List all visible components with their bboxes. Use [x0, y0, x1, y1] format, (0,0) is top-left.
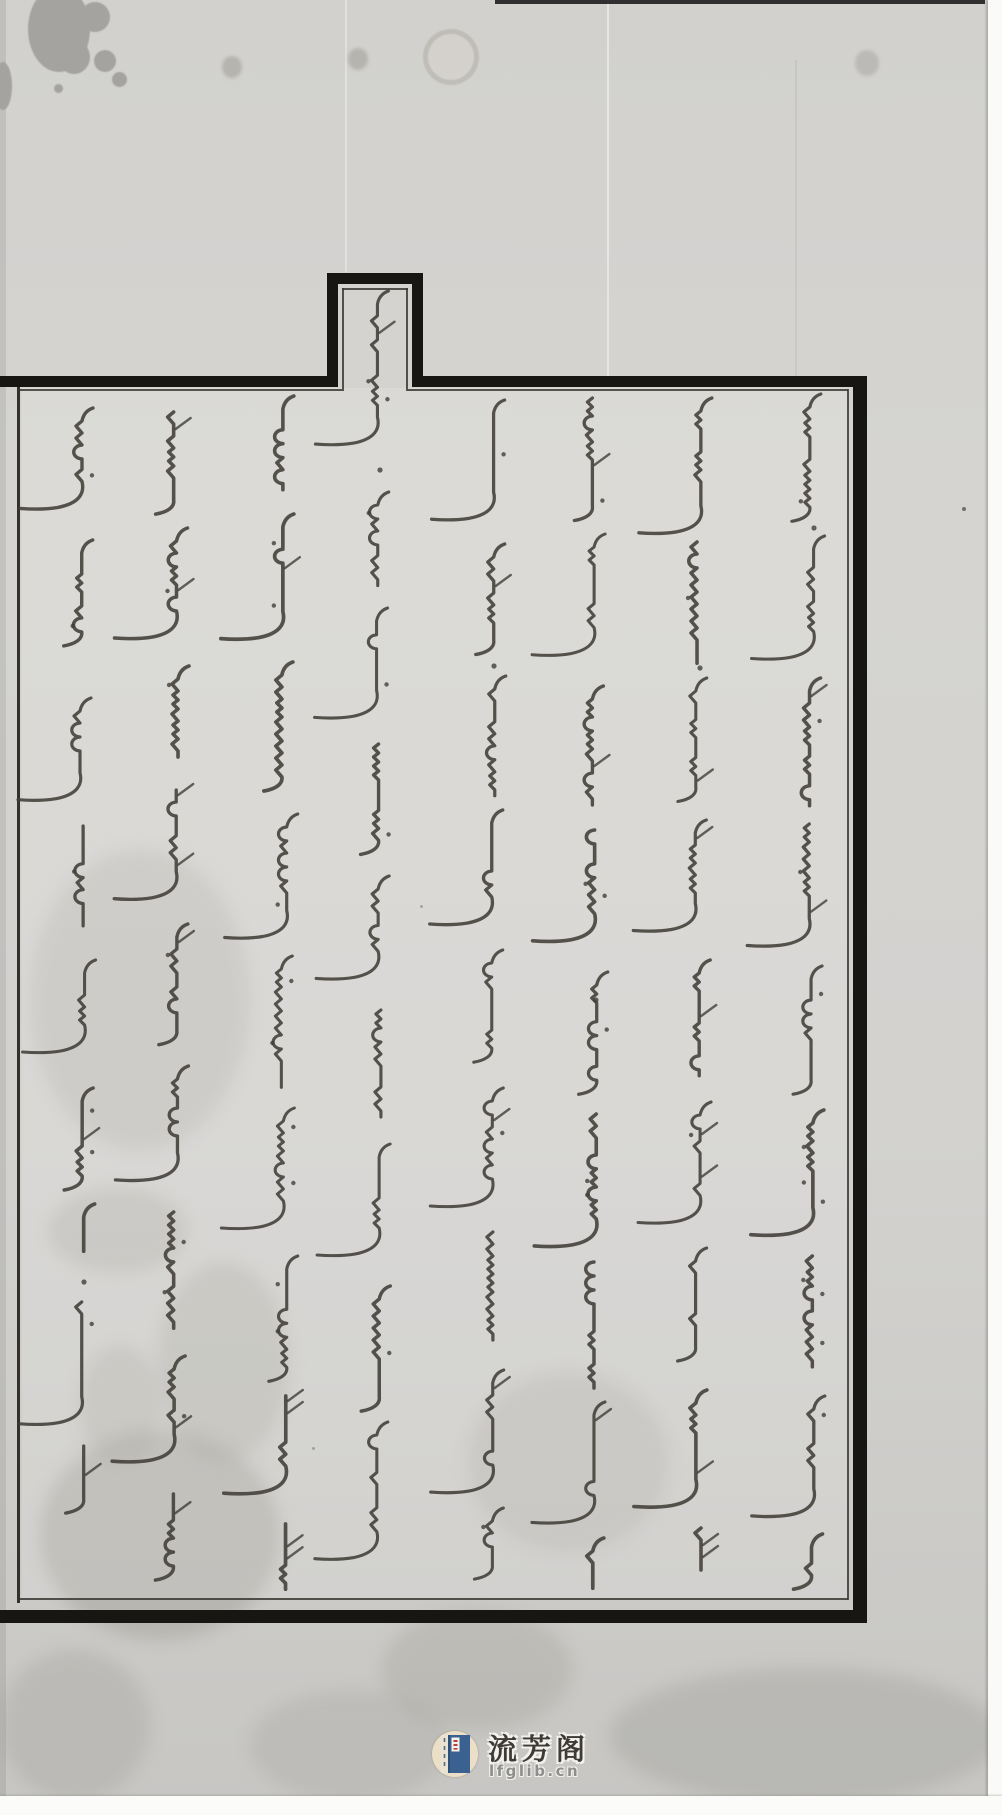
manuscript-text-columns	[0, 0, 1002, 1815]
watermark-badge	[432, 1731, 478, 1777]
book-icon	[432, 1731, 478, 1777]
text-column-7	[633, 398, 718, 1570]
text-column-6	[532, 398, 611, 1588]
scan-edge-right	[988, 0, 1002, 1815]
text-column-2	[112, 412, 194, 1580]
text-column-5	[430, 400, 511, 1579]
watermark-lfglib: 流芳阁 lfglib.cn	[428, 1727, 618, 1791]
scan-edge-bottom	[0, 1796, 1002, 1815]
text-column-1	[18, 408, 101, 1513]
text-column-8	[747, 394, 826, 1589]
manuscript-scan-page: 流芳阁 lfglib.cn	[0, 0, 1002, 1815]
scan-edge-top	[495, 0, 985, 4]
watermark-site-url: lfglib.cn	[489, 1762, 580, 1780]
text-column-4	[315, 291, 395, 1559]
text-column-3	[221, 396, 303, 1589]
